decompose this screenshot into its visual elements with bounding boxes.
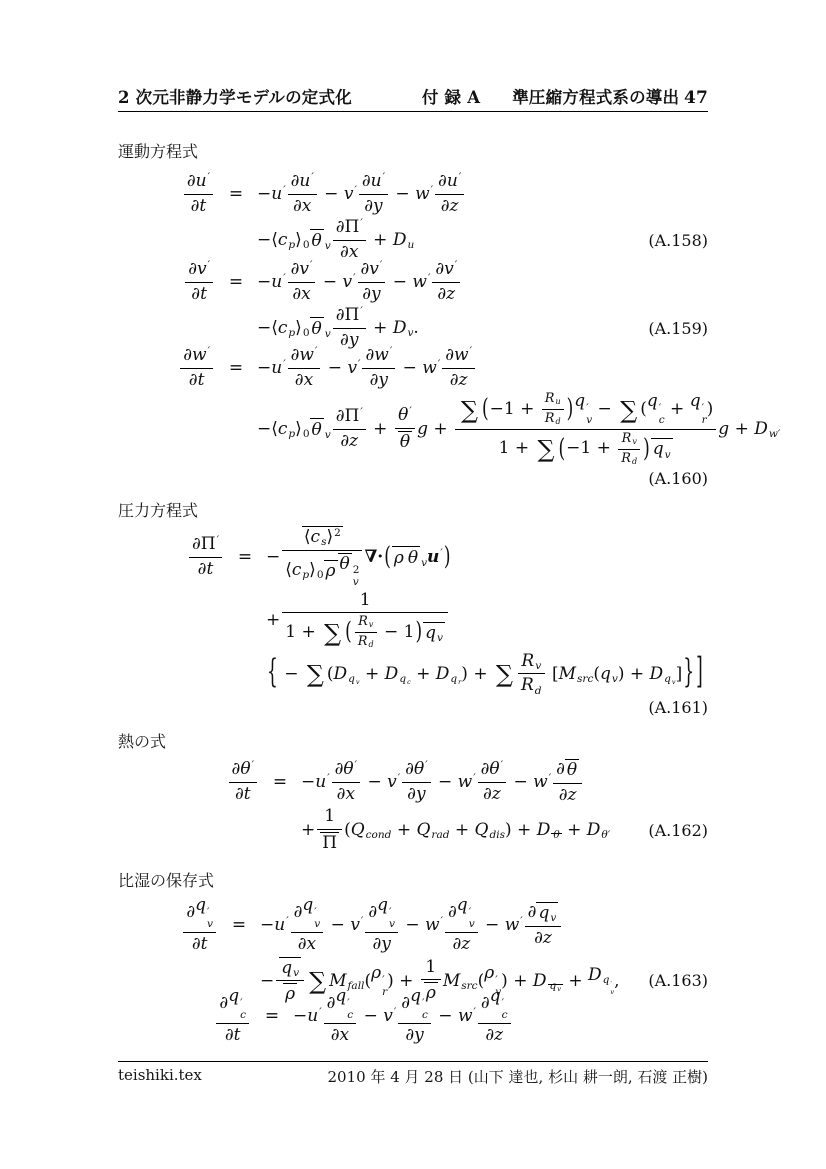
math-numerator: ∂w′ [180,346,213,369]
math-numerator: ∂v′ [185,260,213,283]
math-script: ′ [311,171,313,183]
math-script: 2 [353,564,360,576]
math-fraction: ∂Π′∂z [333,407,366,451]
math-fraction: ∂w′∂t [180,346,213,390]
math-operator: ) + [618,664,650,684]
math-variable: v [347,358,357,378]
math-variable: w [192,345,207,365]
math-variable: ∂ [294,903,303,923]
math-overline: θ [338,553,352,575]
math-group: q′v [302,896,320,930]
math-script: v [632,437,637,446]
math-script: ′ [358,358,360,370]
math-denominator: ∂x [288,195,317,217]
equation-a158: ∂u′∂t=−u′∂u′∂x − v′∂u′∂y − w′∂u′∂z−⟨cp⟩0… [118,170,708,264]
math-variable: q [410,986,421,1006]
math-script: ′ [286,915,288,927]
math-script: ′ [425,759,427,771]
equation-part: −⟨cp⟩0θv∂Π′∂z + θ′θg + ∑(−1 + RuRd)q′v −… [257,392,780,466]
math-script: ′v [389,906,395,930]
math-script: ′ [208,345,210,357]
math-group: w′ [192,346,210,366]
math-overline-content: θ [310,418,324,440]
math-variable: ∂ [327,994,336,1014]
math-variable: ∂ [340,432,349,452]
math-overline-content: Π [320,832,339,854]
equation-line: ∂w′∂t=−u′∂w′∂x − v′∂w′∂y − w′∂w′∂z [118,346,708,390]
math-operator: ⟨ [285,561,292,581]
math-numerator: ∂Π′ [189,535,222,558]
math-script: v [550,912,556,924]
math-operator: − [325,915,350,935]
math-operator: + [368,230,393,250]
math-group: u′ [307,1006,321,1026]
math-script: v [535,660,541,672]
math-variable: u [299,171,310,191]
math-variable: ∂ [336,218,345,238]
math-variable: x [340,1026,350,1046]
math-operator: ∇· [364,547,383,567]
math-overline-content: ⟨cs⟩2 [302,526,343,548]
math-fraction: RvRd [618,432,640,467]
math-variable: u [307,1006,318,1026]
math-group: q′v [574,392,592,426]
math-group: Dv [393,318,414,338]
math-script: 2v [353,564,360,588]
math-script: ′ [283,184,285,196]
math-numerator: ∂q′c [398,987,431,1024]
math-variable: w [374,345,389,365]
math-script: ′ [390,345,392,357]
math-variable: q [490,986,501,1006]
math-variable: ∂ [189,371,198,391]
math-script: ′ [501,759,503,771]
math-delimiter: ) [643,436,650,462]
math-script: 2 [334,527,341,539]
math-group: θ′ [240,760,254,780]
math-operator: − [257,272,271,292]
math-numerator: ∂θ′ [478,760,506,783]
math-script: v [353,576,359,588]
math-variable: t [199,197,206,217]
math-group: cp [278,318,295,338]
math-fraction: ∂u′∂y [359,172,388,216]
math-numerator: Ru [542,392,564,410]
math-group: v′ [444,260,457,280]
equation-a162: ∂θ′∂t=−u′∂θ′∂x − v′∂θ′∂y − w′∂θ′∂z − w′∂… [118,757,708,855]
math-group: Π′ [345,407,363,427]
math-variable: θ [343,759,353,779]
math-operator: − [322,358,347,378]
math-script: ′ [361,915,363,927]
math-variable: θ [489,759,499,779]
math-group: qv [348,673,359,685]
math-operator: − 1 [379,623,415,643]
math-denominator: ∂x [288,283,316,305]
math-script: ′ [586,402,588,414]
math-variable: g [718,419,729,439]
math-variable: q [653,439,664,459]
page-number: 47 [684,88,708,108]
math-numerator: 1 [282,591,448,614]
math-numerator: ∂Π′ [333,407,366,430]
math-script: ′ [208,259,210,271]
math-variable: ∂ [481,994,490,1014]
math-variable: ρ [484,963,494,983]
equation-line: +11 + ∑(RvRd − 1)qv [118,591,708,650]
math-group: Rd [621,452,637,467]
math-script: u [407,239,414,251]
math-fraction: ∂θ′∂y [402,760,430,804]
math-variable: w [505,915,520,935]
math-group: w′ [415,184,433,204]
math-operator: Π [345,406,360,426]
math-variable: t [234,1026,241,1046]
math-script: p [288,428,295,440]
math-variable: ∂ [401,994,410,1014]
math-denominator: ∂z [432,283,460,305]
math-script: qv [348,673,359,685]
math-group: qr [450,673,461,685]
math-group: w′ [458,1006,476,1026]
math-operator: 1 + [499,439,535,459]
equation-part: ∂v′∂t [118,260,215,304]
equation-line: ∂q′c∂t=−u′∂q′c∂x − v′∂q′c∂y − w′∂q′c∂z [118,987,708,1046]
math-operator: −⟨ [257,318,278,338]
math-variable: v [350,915,360,935]
math-variable: q [574,391,585,411]
math-variable: c [278,230,288,250]
math-operator: ( [344,820,351,840]
math-group: Dqv [334,664,360,684]
math-variable: ∂ [528,903,537,923]
math-variable: x [302,197,312,217]
math-group: q′c [490,987,508,1021]
math-overline-content: θ [565,759,579,781]
math-group: Rd [545,412,561,427]
math-variable: u [271,358,282,378]
math-variable: D [393,318,407,338]
math-group: qv [425,624,443,644]
equation-a164: ∂q′c∂t=−u′∂q′c∂x − v′∂q′c∂y − w′∂q′c∂z [118,985,708,1048]
math-numerator: ⟨cs⟩2 [282,526,362,551]
math-variable: w [425,915,440,935]
math-variable: θ [414,759,424,779]
math-operator: + [301,820,315,840]
math-variable: x [345,785,355,805]
math-variable: ρ [326,562,336,582]
math-numerator: ∂q′c [324,987,357,1024]
math-script: v [325,429,331,441]
math-operator: −⟨ [257,419,278,439]
equation-tag: (A.158) [648,231,708,250]
math-operator: − [508,772,533,792]
math-denominator: 1 + ∑(RvRd − 1)qv [282,613,448,650]
math-script: v [325,240,331,252]
equation-line: ∂q′v∂t=−u′∂q′v∂x − v′∂q′v∂y − w′∂q′v∂z −… [118,896,708,955]
math-variable: ∂ [445,346,454,366]
math-script: dis [489,829,505,841]
math-group: u′ [271,272,285,292]
math-numerator: ∑(−1 + RuRd)q′v − ∑(q′c + q′r) [455,392,716,430]
math-group: v′ [299,260,312,280]
math-script: ′ [353,272,355,284]
math-script: ′ [283,358,285,370]
math-variable: ∂ [534,929,543,949]
math-fraction: ⟨cs⟩2⟨cp⟩0ρθ2v [282,526,362,589]
math-script: rad [431,829,449,841]
math-variable: v [369,259,379,279]
math-overline-content: θ [338,553,352,575]
math-variable: q [664,673,671,685]
math-script: u [556,397,561,406]
running-head-chapter: 2 次元非静力学モデルの定式化 [118,84,352,108]
math-numerator: ∂u′ [359,172,388,195]
math-group: w′ [505,915,523,935]
math-operator: − [400,915,425,935]
math-operator: − [397,358,422,378]
math-numerator: Rv [618,432,640,450]
math-variable: u [371,171,382,191]
math-variable: D [385,664,399,684]
math-script: ′ [283,272,285,284]
math-variable: y [371,285,381,305]
math-script: ′ [469,906,471,918]
math-operator: ⟩ [295,230,302,250]
math-denominator: Π [317,830,342,854]
math-variable: v [299,259,309,279]
math-variable: w [299,345,314,365]
math-variable: ∂ [191,197,200,217]
math-variable: ∂ [337,785,346,805]
math-variable: ∂ [232,760,241,780]
math-variable: z [543,929,552,949]
math-variable: ∂ [336,306,345,326]
math-fraction: ∂q′v∂y [365,896,398,955]
math-variable: w [533,772,548,792]
math-group: Rv [358,615,373,630]
math-overline: θ [551,833,561,835]
math-variable: θ [312,231,322,251]
math-variable: v [387,772,397,792]
equation-line: ∂u′∂t=−u′∂u′∂x − v′∂u′∂y − w′∂u′∂z [118,172,708,216]
math-script: ′ [360,406,362,418]
math-script: qc [399,673,410,685]
math-variable: v [344,184,354,204]
math-variable: ∂ [183,346,192,366]
math-group: u′ [274,915,288,935]
math-variable: c [311,527,321,547]
math-variable: ∂ [556,760,565,780]
math-variable: D [393,230,407,250]
math-numerator: 1 [317,807,342,830]
math-variable: q [600,664,611,684]
math-group: Rv [521,652,541,672]
math-group: v′ [342,272,355,292]
math-overline-content: θ [551,833,561,835]
math-script: c [240,1009,246,1021]
math-group: Ru [545,392,561,407]
math-overline-content: θ [310,229,324,251]
math-variable: u [427,547,439,567]
math-script: ′ [459,171,461,183]
math-script: ′ [440,547,442,559]
math-script: ′ [380,259,382,271]
math-variable: y [378,371,388,391]
math-script: ′ [455,259,457,271]
math-group: Dθ′ [587,820,610,840]
math-group: cp [278,230,295,250]
math-overline-content: qv [423,622,445,644]
math-variable: ∂ [295,371,304,391]
math-denominator: ∂z [478,783,506,805]
equation-a159: ∂v′∂t=−u′∂v′∂x − v′∂v′∂y − w′∂v′∂z−⟨cp⟩0… [118,258,708,352]
math-overline: Π [320,832,339,854]
math-group: Rd [521,676,542,696]
math-fraction: RvRd [355,615,377,650]
math-group: ⟩2 [326,528,340,548]
math-variable: w [422,358,437,378]
math-group: q′v [377,896,395,930]
math-operator: ⟨ [304,528,311,548]
math-operator: + [368,318,393,338]
math-script: d [368,640,373,649]
math-variable: R [622,431,632,446]
equation-line: −⟨cp⟩0θv∂Π′∂z + θ′θg + ∑(−1 + RuRd)q′v −… [118,392,708,466]
math-script: c [347,1009,353,1021]
math-script: ′c [422,997,428,1021]
equation-tag: (A.159) [648,319,708,338]
equation-line: ∂v′∂t=−u′∂v′∂x − v′∂v′∂y − w′∂v′∂z [118,260,708,304]
math-numerator: qv [276,957,304,982]
math-numerator: ∂Π′ [333,218,366,241]
math-denominator: ∂y [362,369,395,391]
math-fraction: ∂w′∂y [362,346,395,390]
math-variable: v [342,272,352,292]
math-script: ′ [702,402,704,414]
math-overline-content: θ [406,546,420,568]
math-script: 0 [317,569,324,581]
header-rule [118,111,708,112]
math-script: qr [450,673,461,685]
math-operator: − [390,184,415,204]
equation-part: = [259,772,301,792]
math-group: w′ [425,915,443,935]
math-variable: D [754,419,768,439]
math-group: Dqv [650,664,676,684]
math-group: Qrad [416,820,449,840]
footer: teishiki.tex 2010 年 4 月 28 日 (山下 達也, 杉山 … [118,1066,708,1087]
math-group: v′ [197,260,210,280]
math-group: θv [310,317,331,339]
math-script: ′ [327,772,329,784]
math-delimiter: ( [482,397,489,423]
math-variable: q [457,895,468,915]
math-variable: q [538,903,549,923]
equation-part: +11 + ∑(RvRd − 1)qv [266,591,450,650]
math-variable: θ [398,405,408,425]
math-variable: θ [312,420,322,440]
math-script: ′ [428,272,430,284]
math-script: cond [366,829,392,841]
math-overline: θ [310,418,324,440]
math-operator: ⟩ [309,560,316,580]
math-variable: q [425,623,436,643]
math-script: qv [664,673,675,685]
math-variable: θ [567,761,577,781]
math-variable: ∂ [336,407,345,427]
math-script: c [422,1009,428,1021]
summation-symbol: ∑ [461,399,478,423]
math-variable: q [228,986,239,1006]
equation-part: ∂w′∂t [118,346,215,390]
math-numerator: ∂q′v [365,896,398,933]
math-group: v′ [344,184,357,204]
math-group: q′c [647,392,665,426]
math-operator: + [729,419,754,439]
math-group: Π′ [345,306,363,326]
equation-line: −⟨cp⟩0θv∂Π′∂x + Du(A.158) [118,218,708,262]
math-script: ′ [470,345,472,357]
math-denominator: ∂x [291,933,324,955]
math-numerator: ∂u′ [435,172,464,195]
math-script: ′c [347,997,353,1021]
math-group: θ′ [414,760,428,780]
equation-part: = [251,1006,293,1026]
math-operator: + [411,664,436,684]
math-script: ′ [360,217,362,229]
equation-part: = [224,547,266,567]
math-variable: ∂ [292,285,301,305]
math-denominator: ∂z [435,195,464,217]
math-script: ′ [394,1006,396,1018]
math-operator: ⟩ [295,318,302,338]
math-variable: M [559,664,576,684]
math-fraction: ∂u′∂x [288,172,317,216]
math-fraction: ∂v′∂x [288,260,316,304]
math-group: ⟩0 [295,318,309,338]
math-variable: u [315,772,326,792]
math-operator: − [317,272,342,292]
equation-part: = [215,272,257,292]
math-group: Msrc [559,664,594,684]
math-script: ′ [355,759,357,771]
math-group: θ′ [343,760,357,780]
equation-part: ∂q′v∂t [118,896,218,955]
math-variable: q [450,673,457,685]
math-script: v [314,918,320,930]
equation-line: +1Π(Qcond + Qrad + Qdis) + Dθ + Dθ′(A.16… [118,807,708,853]
math-variable: z [568,786,577,806]
math-denominator: ∂y [358,283,386,305]
math-script: ′ [383,171,385,183]
math-operator: + [391,820,416,840]
math-variable: Q [416,820,430,840]
math-variable: ∂ [481,760,490,780]
math-script: d [556,417,561,426]
document-page: 2 次元非静力学モデルの定式化 付 録 A 準圧縮方程式系の導出 47 運動方程… [0,0,826,1169]
math-operator: 1 [360,591,371,611]
math-variable: g [417,419,428,439]
math-overline: qv [423,622,445,644]
math-operator: ( [640,400,647,420]
math-variable: x [301,285,311,305]
math-operator: − [301,772,315,792]
math-variable: ∂ [483,785,492,805]
math-variable: R [358,634,368,649]
math-script: ′ [314,906,316,918]
math-overline-content: θ [310,317,324,339]
